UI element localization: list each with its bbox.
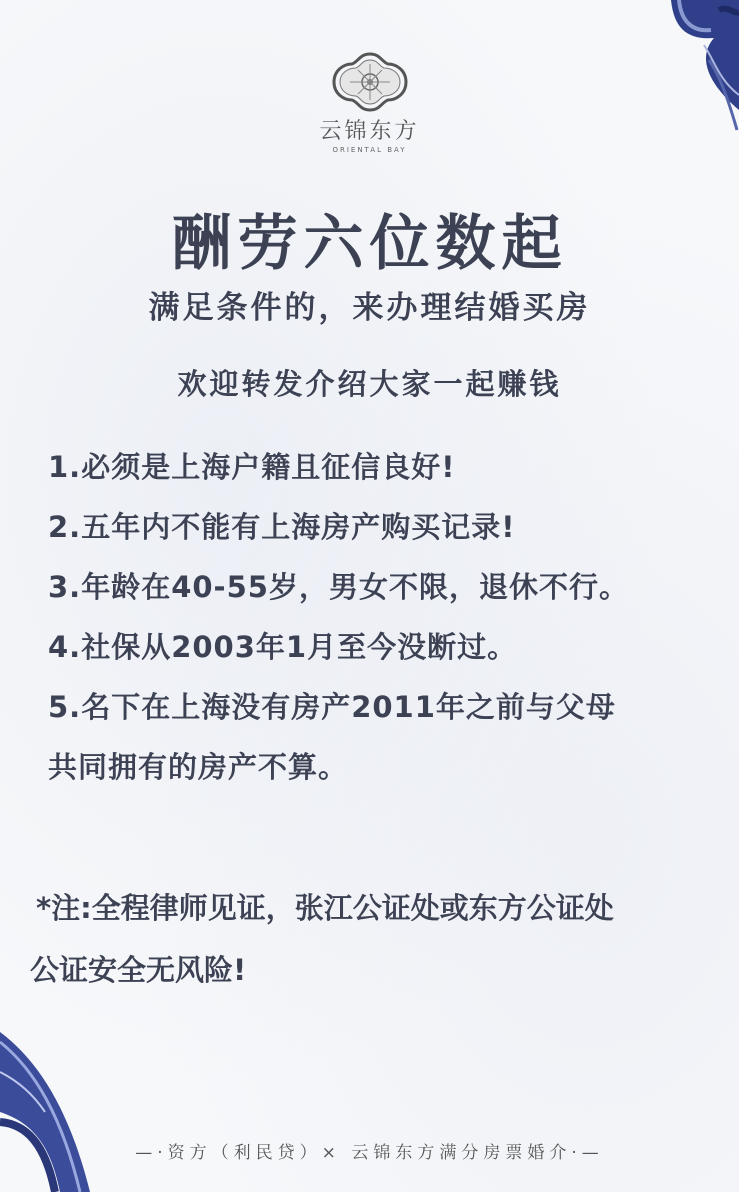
brand-name-en: ORIENTAL BAY [0,146,739,154]
subheading-1: 满足条件的，来办理结婚买房 [0,282,739,327]
requirement-item: 3.年龄在40-55岁，男女不限，退休不行。 [48,557,708,617]
logo-emblem-icon [332,52,408,112]
requirement-item: 1.必须是上海户籍且征信良好! [48,437,708,497]
footer-credit: —·资方（利民贷）× 云锦东方满分房票婚介·— [0,1138,739,1163]
requirement-item: 4.社保从2003年1月至今没断过。 [48,617,708,677]
brand-logo: 云锦东方 ORIENTAL BAY [0,52,739,154]
note-line: *注:全程律师见证，张江公证处或东方公证处 [30,877,730,939]
ornament-bottom-left-icon [0,1012,100,1192]
requirement-item-continued: 共同拥有的房产不算。 [48,737,708,797]
note: *注:全程律师见证，张江公证处或东方公证处 公证安全无风险! [30,877,730,1001]
brand-name-cn: 云锦东方 [0,114,739,145]
requirements-list: 1.必须是上海户籍且征信良好! 2.五年内不能有上海房产购买记录! 3.年龄在4… [48,437,708,797]
note-line: 公证安全无风险! [30,939,730,1001]
requirement-item: 2.五年内不能有上海房产购买记录! [48,497,708,557]
subheading-2: 欢迎转发介绍大家一起赚钱 [0,362,739,403]
requirement-item: 5.名下在上海没有房产2011年之前与父母 [48,677,708,737]
headline: 酬劳六位数起 [0,196,739,282]
